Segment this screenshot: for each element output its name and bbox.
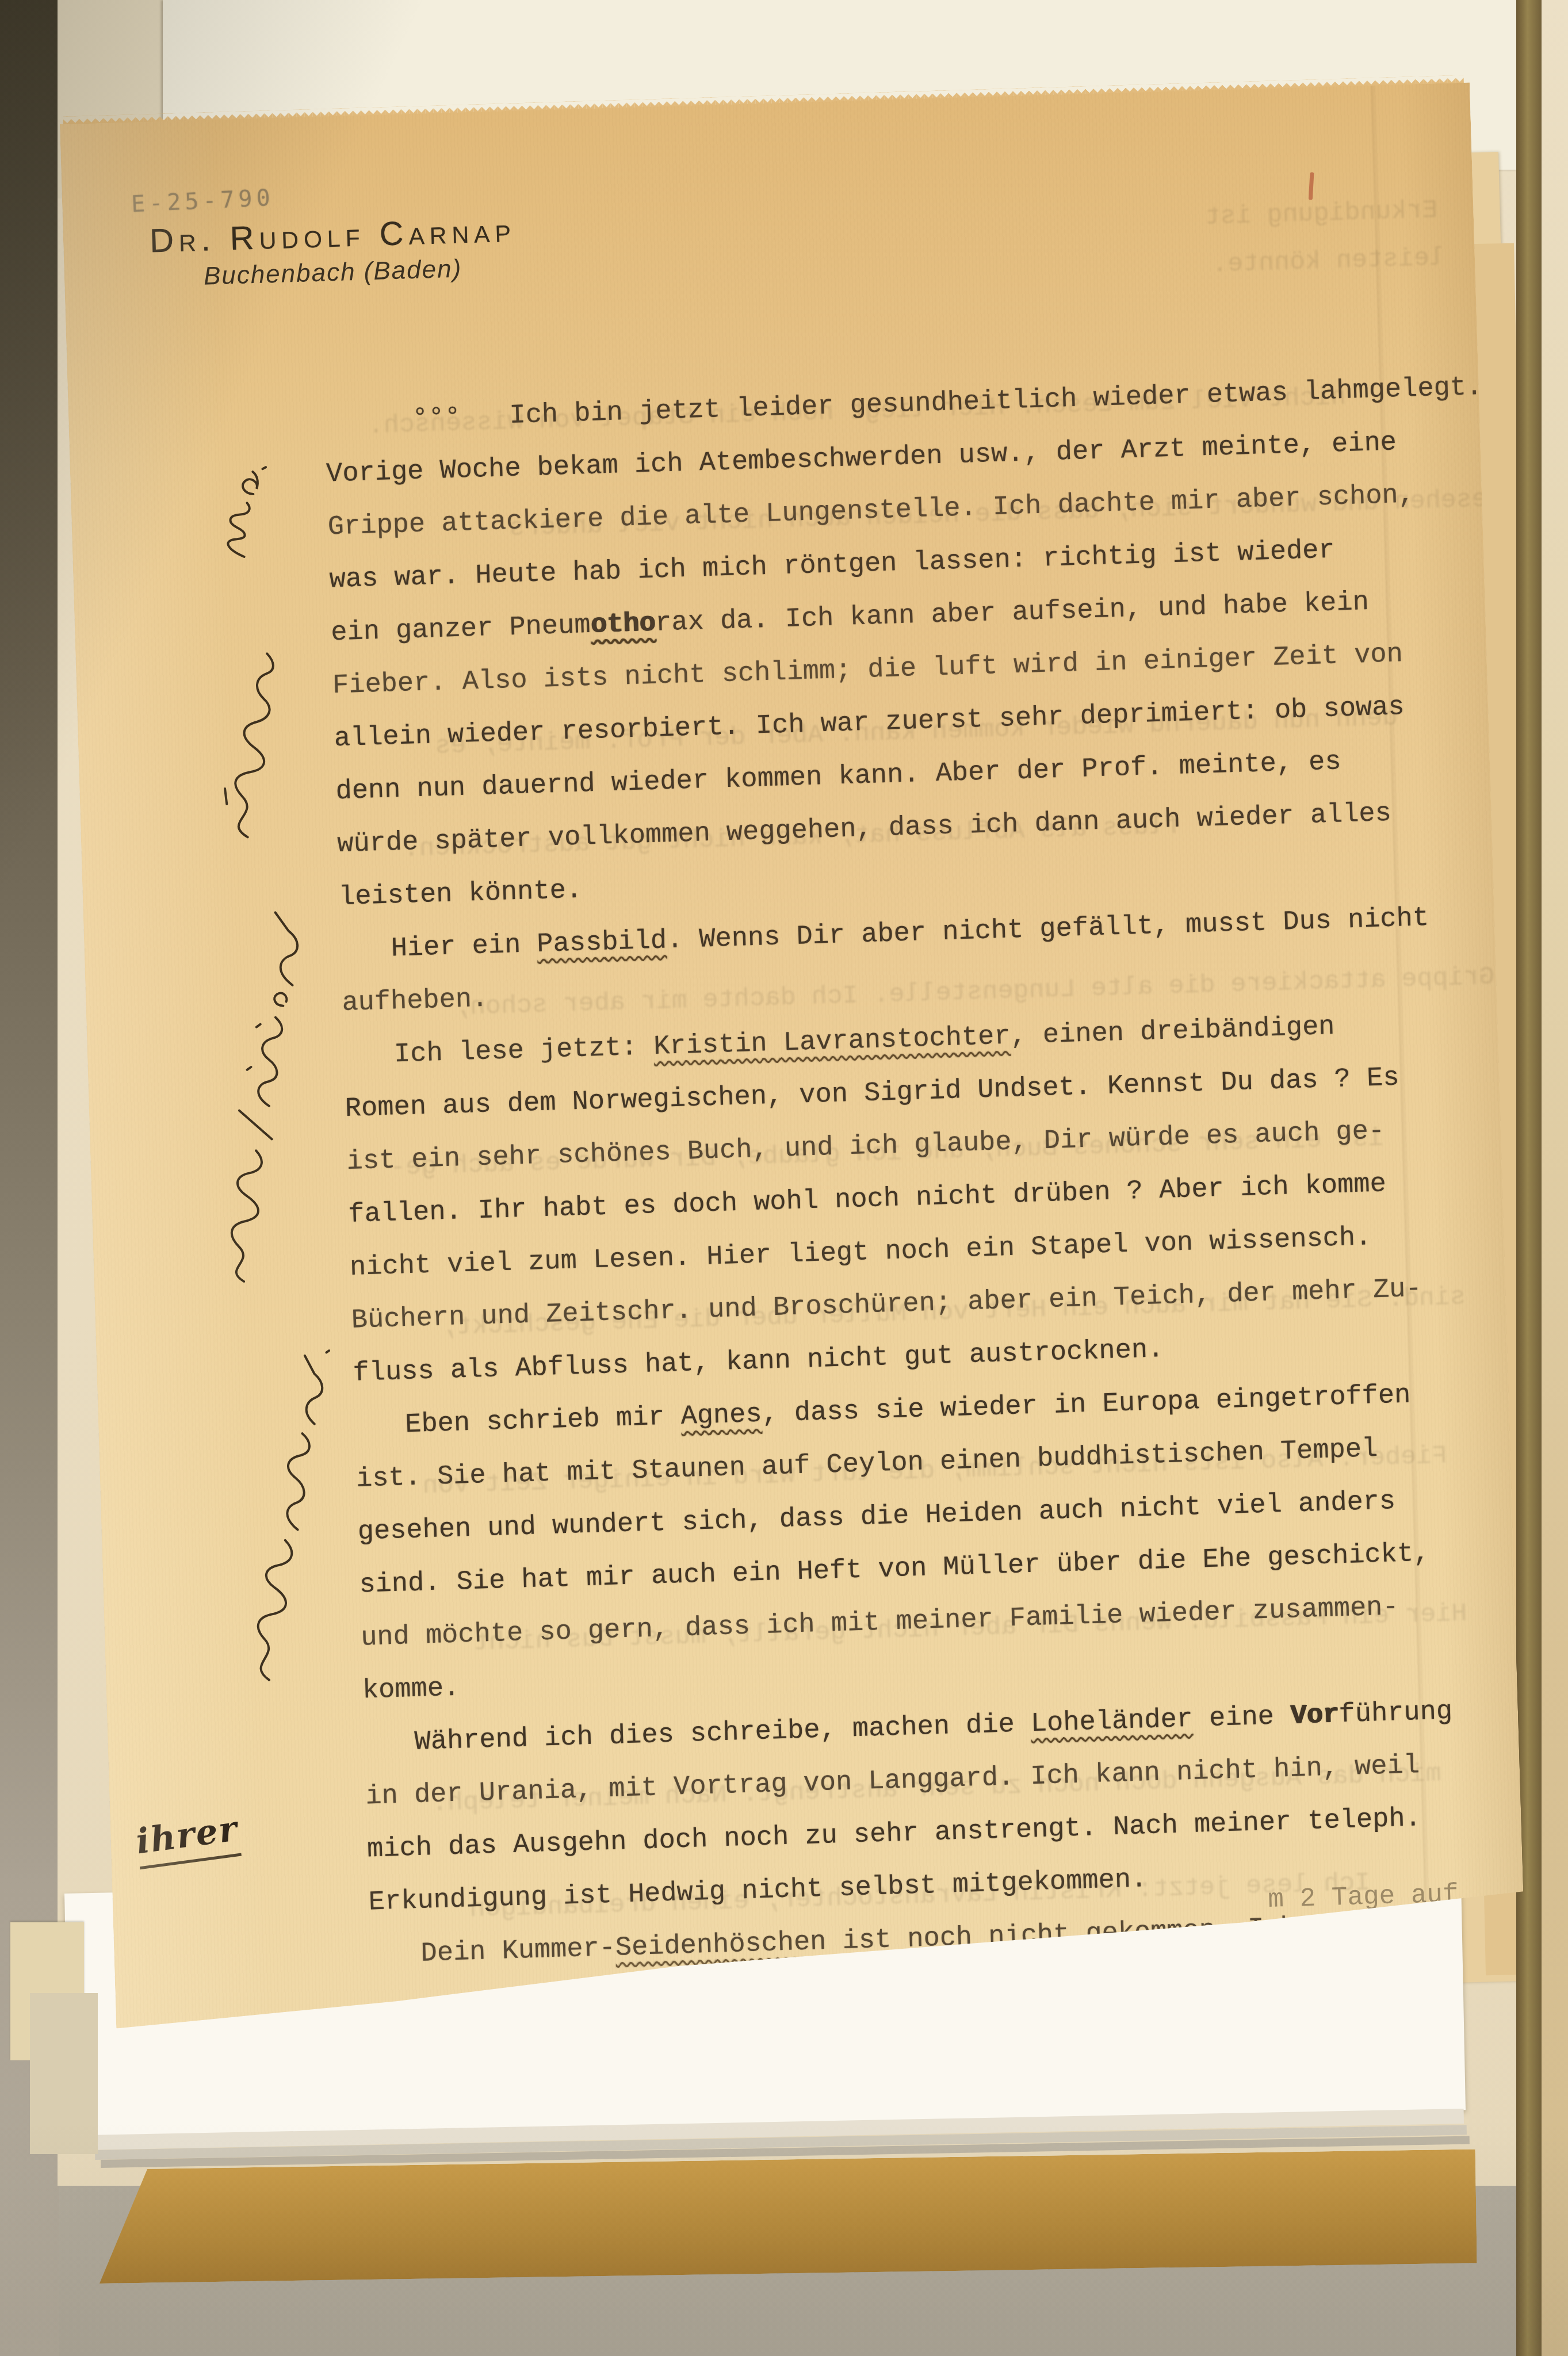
paper-stack-right-edge — [1542, 0, 1568, 2356]
typed-text: Während ich dies schreibe, machen die — [414, 1709, 1031, 1758]
typed-text: Agnes — [680, 1399, 763, 1432]
typed-text: Ich lese jetzt: — [393, 1032, 654, 1070]
typed-text: Seidenhöschen — [615, 1927, 827, 1964]
typed-text: Loheländer — [1030, 1704, 1193, 1739]
typed-letter-body: °°° Ich bin jetzt leider gesundheitlich … — [68, 361, 1525, 1990]
bleed-through-text: Erkundigung ist Hedwig nicht selbst mitg… — [1190, 196, 1438, 233]
typed-text: rax da. Ich kann aber aufsein, und habe … — [655, 587, 1370, 639]
typed-text: Vor — [1290, 1700, 1339, 1731]
typed-text: komme. — [362, 1673, 460, 1707]
folder-edge-right — [1516, 0, 1542, 2356]
bleed-through-text: leisten könnte. — [1174, 243, 1445, 281]
typed-text: , einen dreibändigen — [1010, 1012, 1335, 1052]
typed-text: , dass sie wieder in Europa eingetroffen — [762, 1380, 1411, 1429]
photo-of-typewritten-letter: Erkundigung ist Hedwig nicht selbst mitg… — [0, 0, 1568, 2356]
typed-text: Hier ein — [391, 930, 537, 965]
letter-paper: Erkundigung ist Hedwig nicht selbst mitg… — [60, 82, 1526, 2028]
typed-text: ein ganzer Pneum — [331, 610, 591, 648]
typed-text: führung — [1338, 1696, 1453, 1730]
typed-text: otho — [590, 609, 656, 641]
letterhead: Dr. Rudolf Carnap Buchenbach (Baden) — [149, 210, 517, 294]
manila-folder — [98, 2149, 1477, 2284]
clipped-bottom-line: m 2 Tage auf — [1268, 1877, 1459, 1917]
typed-text: Passbild — [537, 925, 667, 960]
typed-text: eine — [1192, 1701, 1291, 1735]
typed-text: aufheben. — [342, 984, 488, 1019]
typed-text: Dein Kummer- — [420, 1933, 616, 1969]
typed-text: ist noch nicht gekommen. Ich werde — [826, 1910, 1394, 1957]
letter-page: Erkundigung ist Hedwig nicht selbst mitg… — [60, 82, 1526, 2028]
typed-text: leisten könnte. — [338, 875, 582, 913]
typed-text: Eben schrieb mir — [405, 1402, 682, 1440]
typed-text: Kristin Lavranstochter — [653, 1022, 1011, 1062]
folder-tab-left-2 — [30, 1993, 98, 2154]
